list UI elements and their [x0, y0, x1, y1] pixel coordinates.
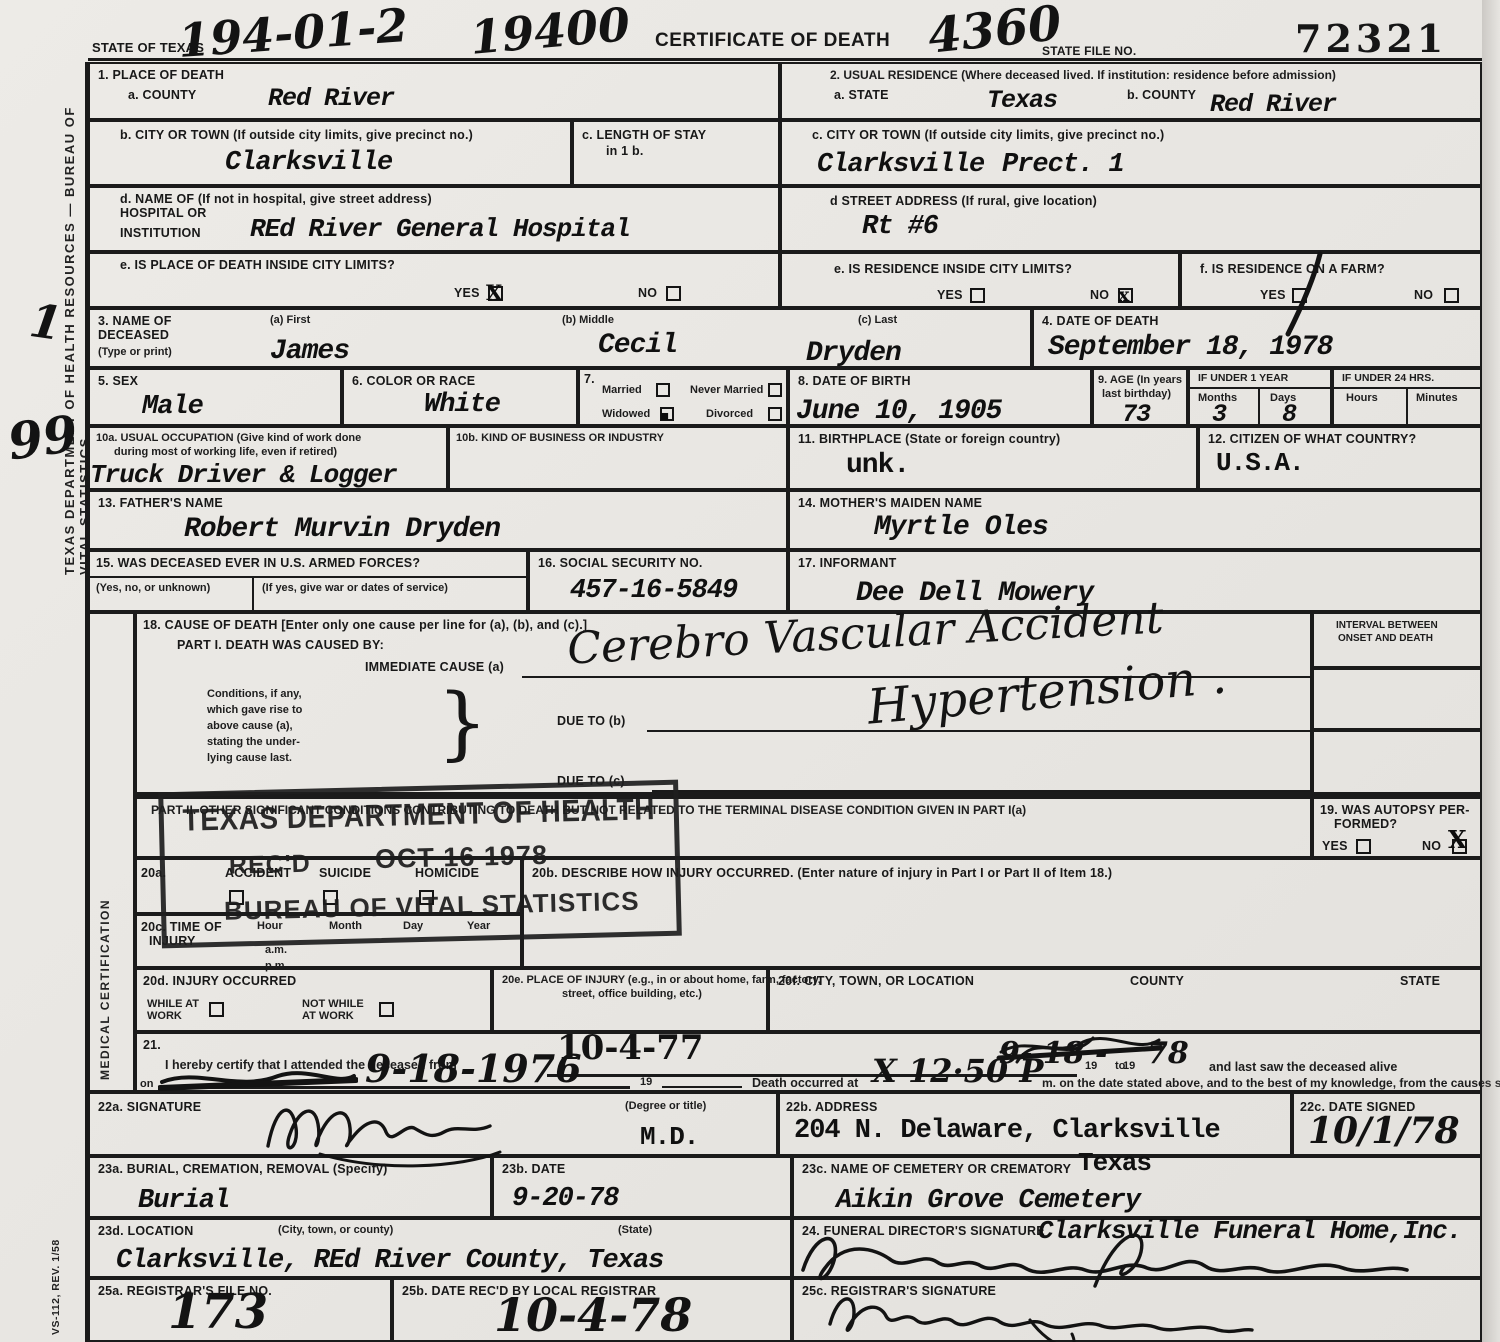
name-last-label: (c) Last: [858, 314, 897, 326]
conditions-note-1: Conditions, if any,: [207, 688, 302, 700]
cert-text-2: and last saw the deceased alive: [1209, 1060, 1397, 1074]
cell-birthplace: 11. BIRTHPLACE (State or foreign country…: [788, 426, 1198, 490]
name-label-2: DECEASED: [98, 328, 169, 342]
res-county-value: Red River: [1210, 90, 1336, 119]
injury-state-label: STATE: [1400, 974, 1440, 988]
never-married-label: Never Married: [690, 384, 763, 396]
pod-limits-yes-mark: X: [486, 280, 502, 305]
while-at-work-label-1: WHILE AT: [147, 998, 199, 1010]
cell-medical-strip: [88, 612, 135, 1092]
name-first-label: (a) First: [270, 314, 310, 326]
pod-county-label: a. COUNTY: [128, 88, 196, 102]
race-value: White: [424, 390, 500, 420]
res-precinct-value: Prect. 1: [1002, 150, 1124, 180]
informant-label: 17. INFORMANT: [798, 556, 896, 570]
hospital-label-1: d. NAME OF (If not in hospital, give str…: [120, 192, 432, 206]
armed-forces-label: 15. WAS DECEASED EVER IN U.S. ARMED FORC…: [96, 556, 420, 570]
part1-label: PART I. DEATH WAS CAUSED BY:: [177, 638, 384, 652]
armed-forces-sub2: (If yes, give war or dates of service): [262, 582, 448, 594]
funeral-director-signature: [795, 1222, 1415, 1292]
days-value: 8: [1282, 400, 1296, 429]
pod-limits-no-checkbox: [666, 286, 681, 301]
conditions-note-5: lying cause last.: [207, 752, 292, 764]
location-label: 23d. LOCATION: [98, 1224, 193, 1238]
cemetery-label: 23c. NAME OF CEMETERY OR CREMATORY: [802, 1162, 1071, 1176]
cell-20e-place-of-injury: 20e. PLACE OF INJURY (e.g., in or about …: [492, 968, 768, 1032]
death-certificate-scan: TEXAS DEPARTMENT OF HEALTH RESOURCES — B…: [0, 0, 1500, 1342]
cause-label: 18. CAUSE OF DEATH [Enter only one cause…: [143, 618, 587, 632]
street-address-value: Rt #6: [862, 212, 938, 242]
mother-value: Myrtle Oles: [874, 512, 1048, 543]
cell-address: 22b. ADDRESS 204 N. Delaware, Clarksvill…: [778, 1092, 1292, 1156]
cell-usual-residence: 2. USUAL RESIDENCE (Where deceased lived…: [780, 62, 1482, 120]
cell-date-signed: 22c. DATE SIGNED 10/1/78: [1292, 1092, 1482, 1156]
age-label-1: 9. AGE (In years: [1098, 374, 1182, 386]
minutes-label: Minutes: [1416, 392, 1458, 404]
death-occurred-label: Death occurred at: [752, 1076, 858, 1090]
pod-city-label: b. CITY OR TOWN (If outside city limits,…: [120, 128, 473, 142]
res-farm-no-checkbox: [1444, 288, 1459, 303]
while-at-work-label-2: WORK: [147, 1010, 182, 1022]
city-location-label: 20f. CITY, TOWN, OR LOCATION: [778, 974, 974, 988]
stamp-line-3: BUREAU OF VITAL STATISTICS: [224, 886, 640, 927]
autopsy-label-1: 19. WAS AUTOPSY PER-: [1320, 803, 1470, 817]
autopsy-no-mark: X: [1448, 825, 1467, 854]
while-at-work-checkbox: [209, 1002, 224, 1017]
res-limits-yes-checkbox: [970, 288, 985, 303]
cell-mothers-maiden-name: 14. MOTHER'S MAIDEN NAME Myrtle Oles: [788, 490, 1482, 550]
address-label: 22b. ADDRESS: [786, 1100, 878, 1114]
last-saw-date-handwritten: 9-18-1976: [365, 1046, 582, 1091]
due-to-b-label: DUE TO (b): [557, 714, 625, 728]
cert-year-3: 19: [640, 1076, 652, 1088]
cell-cause-of-death: 18. CAUSE OF DEATH [Enter only one cause…: [135, 612, 1312, 794]
widowed-label: Widowed: [602, 408, 650, 420]
sex-label: 5. SEX: [98, 374, 138, 388]
degree-label: (Degree or title): [625, 1100, 706, 1112]
cell-fathers-name: 13. FATHER'S NAME Robert Murvin Dryden: [88, 490, 788, 550]
cell-name-of-deceased: 3. NAME OF DECEASED (Type or print) (a) …: [88, 308, 1032, 368]
sex-value: Male: [142, 392, 203, 422]
name-label-1: 3. NAME OF: [98, 314, 172, 328]
cell-if-under-24-hrs: IF UNDER 24 HRS. Hours Minutes: [1332, 368, 1482, 426]
am-label: a.m.: [265, 944, 287, 956]
armed-forces-vdivider: [252, 576, 254, 610]
autopsy-yes-checkbox: [1356, 839, 1371, 854]
name-label-3: (Type or print): [98, 346, 172, 358]
name-last-value: Dryden: [806, 338, 901, 369]
cell-burial-location: 23d. LOCATION (City, town, or county) (S…: [88, 1218, 792, 1278]
ssn-value: 457-16-5849: [570, 576, 737, 606]
cell-interval-a: [1312, 668, 1482, 730]
cell-date-of-birth: 8. DATE OF BIRTH June 10, 1905: [788, 368, 1092, 426]
race-label: 6. COLOR OR RACE: [352, 374, 475, 388]
res-city-label: c. CITY OR TOWN (If outside city limits,…: [812, 128, 1164, 142]
marital-label: 7.: [584, 372, 595, 386]
registrar-file-value: 173: [168, 1284, 268, 1340]
margin-form-number: VS-112, REV. 1/58: [50, 1175, 62, 1335]
cert-to-date-scribble: [995, 1028, 1165, 1070]
autopsy-yes-label: YES: [1322, 839, 1348, 853]
top-rule: [88, 58, 1482, 61]
citizen-value: U.S.A.: [1216, 448, 1304, 478]
autopsy-no-label: NO: [1422, 839, 1441, 853]
mother-label: 14. MOTHER'S MAIDEN NAME: [798, 496, 982, 510]
name-middle-value: Cecil: [598, 330, 677, 361]
cert-number-label: 21.: [143, 1038, 161, 1052]
cell-res-farm: f. IS RESIDENCE ON A FARM? YES NO: [1180, 252, 1482, 308]
cert-on-date-scribble: [158, 1064, 358, 1098]
due-to-b-value: Hypertension .: [865, 648, 1228, 735]
cell-20d-injury-occurred: 20d. INJURY OCCURRED WHILE AT WORK NOT W…: [135, 968, 492, 1032]
burial-date-value: 9-20-78: [512, 1184, 618, 1214]
pod-limits-no-label: NO: [638, 286, 657, 300]
cell-if-under-1-year: IF UNDER 1 YEAR Months Days 3 8: [1188, 368, 1332, 426]
location-value: Clarksville, REd River County, Texas: [116, 1246, 663, 1276]
age-label-2: last birthday): [1102, 388, 1171, 400]
occupation-label-2: during most of working life, even if ret…: [114, 446, 337, 458]
cell-burial-date: 23b. DATE 9-20-78: [492, 1156, 792, 1218]
birthplace-label: 11. BIRTHPLACE (State or foreign country…: [798, 432, 1060, 446]
occupation-label-1: 10a. USUAL OCCUPATION (Give kind of work…: [96, 432, 361, 444]
cell-sex: 5. SEX Male: [88, 368, 342, 426]
res-limits-no-label: NO: [1090, 288, 1109, 302]
pod-county-value: Red River: [268, 84, 394, 113]
cell-occupation: 10a. USUAL OCCUPATION (Give kind of work…: [88, 426, 448, 490]
divorced-label: Divorced: [706, 408, 753, 420]
hours-minutes-divider: [1406, 387, 1408, 426]
armed-forces-sub1: (Yes, no, or unknown): [96, 582, 210, 594]
cell-ssn: 16. SOCIAL SECURITY NO. 457-16-5849: [528, 550, 788, 612]
autopsy-label-2: FORMED?: [1334, 817, 1397, 831]
months-days-divider: [1258, 387, 1260, 426]
birthplace-value: unk.: [846, 450, 909, 481]
certificate-title: CERTIFICATE OF DEATH: [655, 30, 890, 52]
res-state-value: Texas: [987, 86, 1057, 115]
divorced-checkbox: [768, 407, 782, 421]
address-value: 204 N. Delaware, Clarksville: [794, 1116, 1220, 1146]
margin-handwritten-99: 99: [4, 403, 81, 471]
res-limits-yes-label: YES: [937, 288, 963, 302]
cell-armed-forces: 15. WAS DECEASED EVER IN U.S. ARMED FORC…: [88, 550, 528, 612]
cell-20f-city-location: 20f. CITY, TOWN, OR LOCATION COUNTY STAT…: [768, 968, 1482, 1032]
cell-date-received: 25b. DATE REC'D BY LOCAL REGISTRAR 10-4-…: [392, 1278, 792, 1342]
cell-pod-city-limits: e. IS PLACE OF DEATH INSIDE CITY LIMITS?…: [88, 252, 780, 308]
widowed-mark: ▪: [660, 408, 670, 424]
cell-res-city: c. CITY OR TOWN (If outside city limits,…: [780, 120, 1482, 186]
married-label: Married: [602, 384, 642, 396]
cell-industry: 10b. KIND OF BUSINESS OR INDUSTRY: [448, 426, 788, 490]
hospital-label-2: HOSPITAL OR: [120, 206, 206, 220]
pod-city-value: Clarksville: [225, 148, 392, 178]
cell-citizen: 12. CITIZEN OF WHAT COUNTRY? U.S.A.: [1198, 426, 1482, 490]
outer-left-border: [85, 62, 90, 1342]
pod-limits-label: e. IS PLACE OF DEATH INSIDE CITY LIMITS?: [120, 258, 395, 272]
industry-label: 10b. KIND OF BUSINESS OR INDUSTRY: [456, 432, 664, 444]
place-injury-label-2: street, office building, etc.): [562, 988, 702, 1000]
cell-length-of-stay: c. LENGTH OF STAY in 1 b.: [572, 120, 780, 186]
date-received-value: 10-4-78: [494, 1288, 692, 1342]
interval-label-1: INTERVAL BETWEEN: [1336, 620, 1438, 631]
under-1-year-divider: [1190, 387, 1330, 389]
usual-residence-label: 2. USUAL RESIDENCE (Where deceased lived…: [830, 68, 1336, 82]
stamp-line-1: TEXAS DEPARTMENT OF HEALTH: [163, 791, 674, 839]
handwritten-code-2: 19400: [468, 0, 632, 65]
conditions-note-3: above cause (a),: [207, 720, 293, 732]
not-while-label-2: AT WORK: [302, 1010, 354, 1022]
cell-date-of-death: 4. DATE OF DEATH September 18, 1978: [1032, 308, 1482, 368]
age-value: 73: [1122, 400, 1150, 429]
cell-hospital: d. NAME OF (If not in hospital, give str…: [88, 186, 780, 252]
cert-line-3: [662, 1086, 742, 1088]
stamp-recd: REC'D: [229, 850, 311, 881]
ssn-label: 16. SOCIAL SECURITY NO.: [538, 556, 703, 570]
location-sub-1: (City, town, or county): [278, 1224, 393, 1236]
father-label: 13. FATHER'S NAME: [98, 496, 223, 510]
cell-marital-status: 7. Married Never Married Widowed ▪ Divor…: [578, 368, 788, 426]
not-while-checkbox: [379, 1002, 394, 1017]
burial-value: Burial: [138, 1186, 229, 1216]
dob-value: June 10, 1905: [796, 396, 1001, 427]
date-signed-value: 10/1/78: [1308, 1110, 1460, 1152]
stamp-date: OCT 16 1978: [375, 840, 549, 875]
hospital-value: REd River General Hospital: [250, 214, 630, 244]
physician-signature: [260, 1094, 510, 1174]
burial-date-label: 23b. DATE: [502, 1162, 565, 1176]
cert-text-3: m. on the date stated above, and to the …: [1042, 1076, 1500, 1090]
armed-forces-divider: [90, 576, 526, 578]
location-sub-2: (State): [618, 1224, 652, 1236]
cell-age: 9. AGE (In years last birthday) 73: [1092, 368, 1188, 426]
name-first-value: James: [270, 336, 349, 367]
conditions-note-4: stating the under-: [207, 736, 300, 748]
cell-registrar-file: 25a. REGISTRAR'S FILE NO. 173: [88, 1278, 392, 1342]
interval-label-2: ONSET AND DEATH: [1338, 633, 1433, 644]
farm-yes-handwritten-check: [1280, 250, 1326, 338]
place-of-death-label: 1. PLACE OF DEATH: [98, 68, 224, 82]
registrar-signature: [820, 1284, 1260, 1342]
under-24-hrs-label: IF UNDER 24 HRS.: [1342, 372, 1434, 384]
injury-county-label: COUNTY: [1130, 974, 1184, 988]
hospital-label-3: INSTITUTION: [120, 226, 201, 240]
street-address-label: d STREET ADDRESS (If rural, give locatio…: [830, 194, 1097, 208]
due-to-b-line: [647, 730, 1312, 732]
res-county-label: b. COUNTY: [1127, 88, 1196, 102]
months-value: 3: [1212, 400, 1226, 429]
due-to-c-line: [652, 790, 1312, 792]
res-limits-no-mark: x: [1118, 284, 1129, 306]
occupation-value: Truck Driver & Logger: [90, 460, 397, 490]
scan-right-edge: [1482, 0, 1500, 1342]
state-file-no-label: STATE FILE NO.: [1042, 44, 1136, 58]
res-farm-no-label: NO: [1414, 288, 1433, 302]
length-of-stay-label: c. LENGTH OF STAY: [582, 128, 706, 142]
res-city-value: Clarksville: [817, 150, 984, 180]
pod-limits-yes-label: YES: [454, 286, 480, 300]
cell-interval-header: INTERVAL BETWEEN ONSET AND DEATH: [1312, 612, 1482, 668]
res-limits-label: e. IS RESIDENCE INSIDE CITY LIMITS?: [834, 262, 1072, 276]
cell-race: 6. COLOR OR RACE White: [342, 368, 578, 426]
not-while-label-1: NOT WHILE: [302, 998, 364, 1010]
cell-street-address: d STREET ADDRESS (If rural, give locatio…: [780, 186, 1482, 252]
injury-occurred-label: 20d. INJURY OCCURRED: [143, 974, 296, 988]
cell-pod-city: b. CITY OR TOWN (If outside city limits,…: [88, 120, 572, 186]
date-of-death-label: 4. DATE OF DEATH: [1042, 314, 1159, 328]
never-married-checkbox: [768, 383, 782, 397]
under-1-year-label: IF UNDER 1 YEAR: [1198, 372, 1288, 384]
state-file-number: 72321: [1295, 16, 1447, 61]
conditions-note-2: which gave rise to: [207, 704, 302, 716]
citizen-label: 12. CITIZEN OF WHAT COUNTRY?: [1208, 432, 1416, 446]
margin-handwritten-1: 1: [26, 293, 65, 351]
received-stamp: TEXAS DEPARTMENT OF HEALTH REC'D OCT 16 …: [158, 780, 682, 949]
res-state-label: a. STATE: [834, 88, 889, 102]
married-checkbox: [656, 383, 670, 397]
dob-label: 8. DATE OF BIRTH: [798, 374, 911, 388]
father-value: Robert Murvin Dryden: [184, 514, 500, 545]
signature-label: 22a. SIGNATURE: [98, 1100, 201, 1114]
cemetery-value: Aikin Grove Cemetery: [836, 1186, 1140, 1216]
immediate-cause-label: IMMEDIATE CAUSE (a): [365, 660, 504, 674]
degree-value: M.D.: [640, 1122, 698, 1152]
conditions-brace: }: [437, 676, 488, 769]
cell-interval-b: [1312, 730, 1482, 794]
cert-on-label: on: [140, 1078, 153, 1090]
cell-place-of-death: 1. PLACE OF DEATH a. COUNTY Red River: [88, 62, 780, 120]
hours-label: Hours: [1346, 392, 1378, 404]
cell-res-city-limits: e. IS RESIDENCE INSIDE CITY LIMITS? YES …: [780, 252, 1180, 308]
cell-autopsy: 19. WAS AUTOPSY PER- FORMED? YES NO X: [1312, 794, 1482, 858]
address-state-value: Texas: [1078, 1148, 1151, 1178]
name-middle-label: (b) Middle: [562, 314, 614, 326]
length-of-stay-sub: in 1 b.: [606, 144, 644, 158]
